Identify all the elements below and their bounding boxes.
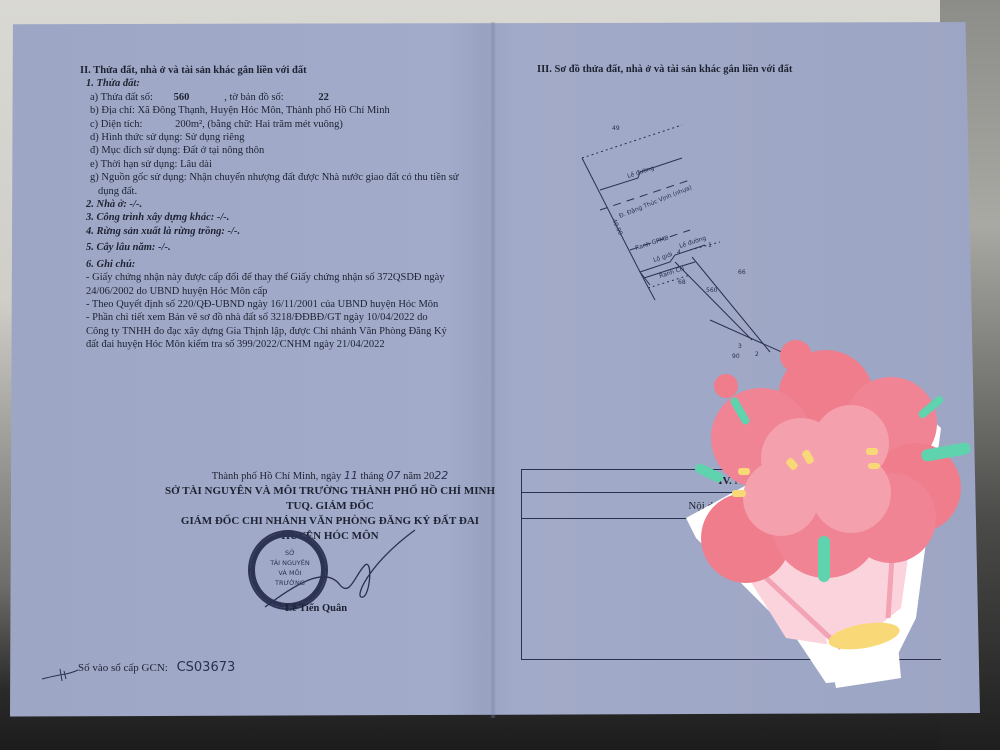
registry-number-row: Số vào sổ cấp GCN: CS03673: [78, 660, 235, 675]
perennial-trees-item: 5. Cây lâu năm: -/-.: [86, 241, 500, 254]
section-ii-title: II. Thửa đất, nhà ở và tài sản khác gắn …: [80, 64, 500, 77]
registry-number: CS03673: [177, 660, 236, 675]
tuq-title: TUQ. GIÁM ĐỐC: [160, 499, 500, 514]
svg-text:40.00: 40.00: [610, 218, 624, 237]
note-line: - Phần chi tiết xem Bản vẽ sơ đồ nhà đất…: [86, 311, 500, 324]
issue-date: Thành phố Hồ Chí Minh, ngày 11 tháng 07 …: [160, 468, 500, 484]
plot-number: 560: [174, 91, 222, 104]
svg-text:Đ. Đặng Thúc Vịnh (nhựa): Đ. Đặng Thúc Vịnh (nhựa): [618, 184, 693, 220]
area-row: c) Diện tích: 200m², (bằng chữ: Hai trăm…: [90, 118, 500, 131]
initials-mark-icon: [40, 665, 80, 685]
signer-name: Lê Tiến Quân: [285, 603, 347, 614]
note-line: - Theo Quyết định số 220/QĐ-UBND ngày 16…: [86, 298, 500, 311]
term-row: e) Thời hạn sử dụng: Lâu dài: [90, 158, 500, 171]
note-line: - Giấy chứng nhận này được cấp đổi để th…: [86, 271, 500, 284]
section-iii-title: III. Sơ đồ thửa đất, nhà ở và tài sản kh…: [537, 64, 792, 75]
forest-item: 4. Rừng sản xuất là rừng trồng: -/-.: [86, 225, 500, 238]
svg-text:Lề đường: Lề đường: [626, 164, 655, 180]
map-sheet-number: 22: [318, 91, 329, 104]
svg-text:49: 49: [612, 125, 620, 132]
svg-text:4: 4: [677, 249, 681, 256]
agency-name: SỞ TÀI NGUYÊN VÀ MÔI TRƯỜNG THÀNH PHỐ HỒ…: [160, 484, 500, 499]
address-row: b) Địa chỉ: Xã Đông Thạnh, Huyện Hóc Môn…: [90, 104, 500, 117]
signature-scribble-icon: [255, 525, 425, 615]
origin-row: g) Nguồn gốc sử dụng: Nhận chuyển nhượng…: [90, 171, 500, 184]
plot-number-row: a) Thửa đất số: 560 , tờ bản đồ số: 22: [90, 91, 500, 104]
notes-heading: 6. Ghi chú:: [86, 258, 500, 271]
note-line: 24/06/2002 do UBND huyện Hóc Môn cấp: [86, 285, 500, 298]
other-construction-item: 3. Công trình xây dựng khác: -/-.: [86, 211, 500, 224]
svg-text:Ranh CN: Ranh CN: [658, 265, 685, 280]
land-heading: 1. Thửa đất:: [86, 77, 500, 90]
note-line: Công ty TNHH đo đạc xây dựng Gia Thịnh l…: [86, 325, 500, 338]
svg-text:560: 560: [706, 287, 718, 294]
house-item: 2. Nhà ở: -/-.: [86, 198, 500, 211]
usage-form-row: d) Hình thức sử dụng: Sử dụng riêng: [90, 131, 500, 144]
svg-text:66: 66: [738, 269, 746, 276]
svg-text:Ranh GPMB: Ranh GPMB: [634, 234, 669, 251]
note-line: đất đai huyện Hóc Môn kiểm tra số 399/20…: [86, 338, 500, 351]
purpose-row: đ) Mục đích sử dụng: Đất ở tại nông thôn: [90, 144, 500, 157]
svg-text:68: 68: [678, 279, 686, 286]
svg-text:1: 1: [708, 242, 712, 249]
left-page-content: II. Thửa đất, nhà ở và tài sản khác gắn …: [80, 64, 500, 352]
flower-bouquet-sticker-icon: [676, 318, 986, 698]
svg-text:Lề đường: Lề đường: [678, 234, 707, 250]
